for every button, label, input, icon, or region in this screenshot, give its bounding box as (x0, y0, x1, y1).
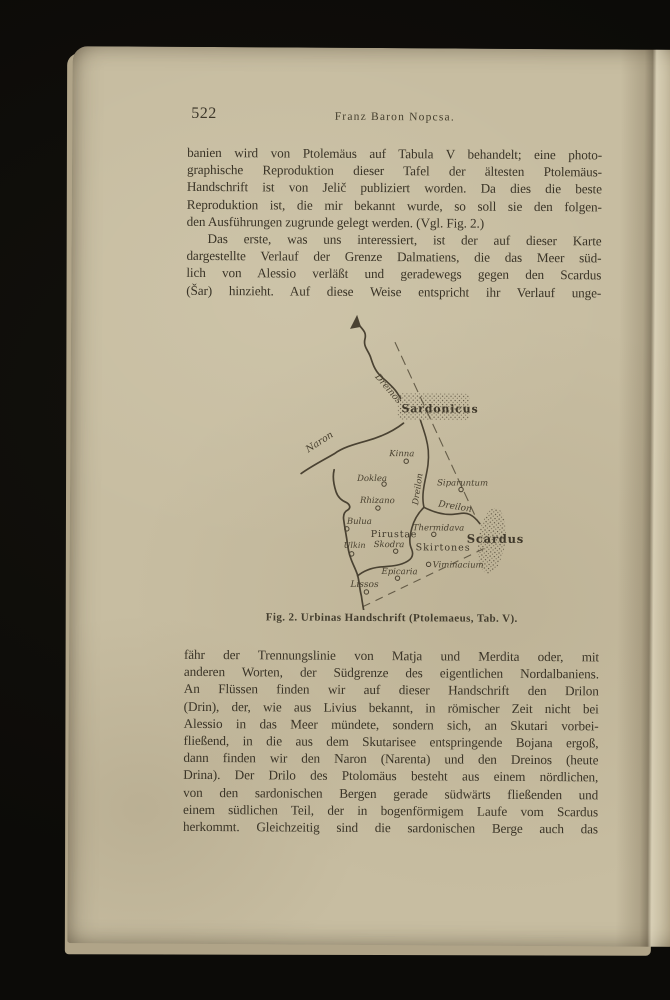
boundary-dashed-line-south (362, 548, 483, 608)
figure-map-ptolemaeus: Dreinos Sardonicus Naron Kinna Doklea Rh… (289, 310, 591, 612)
text-line: An Flüssen finden wir auf dieser Handsch… (184, 680, 599, 700)
label-sardonicus: Sardonicus (401, 402, 478, 415)
river-arrowhead (350, 315, 361, 329)
label-dreilon-horizontal: Dreilon (436, 499, 472, 515)
scanned-book-photo: { "page": { "number": "522", "running_he… (0, 0, 670, 1000)
book-page: 522 Franz Baron Nopcsa. banien wird von … (67, 46, 670, 947)
text-line: (Šar) hinzieht. Auf diese Weise entspric… (186, 281, 601, 301)
text-line: herkommt. Gleichzeitig sind die sardonis… (183, 818, 598, 838)
text-line: lich von Alessio verläßt und geradewegs … (186, 264, 601, 284)
label-scardus: Scardus (467, 532, 524, 546)
label-doklea: Doklea (356, 474, 387, 484)
label-skirtones: Skirtones (416, 542, 471, 553)
town-marker-viminacium (426, 562, 430, 566)
label-rhizano: Rhizano (359, 496, 395, 506)
text-line: von den sardonischen Bergen gerade südwä… (183, 783, 598, 803)
running-head-author: Franz Baron Nopcsa. (187, 110, 602, 125)
label-viminacium: Viminacium (433, 560, 484, 570)
text-line: (Drin), der, wie aus Livius bekannt, in … (184, 697, 599, 717)
town-marker-rhizano (376, 506, 380, 510)
label-epicaria: Epicaria (381, 567, 418, 577)
text-line: Drina). Der Drilo des Ptolomäus besteht … (183, 766, 598, 786)
label-siparuntum: Siparuntum (437, 478, 488, 488)
label-skodra: Skodra (374, 540, 405, 550)
page-right-fold-edge (615, 50, 670, 947)
label-pirustae: Pirustae (371, 529, 418, 540)
label-dreinos: Dreinos (372, 372, 404, 407)
label-kinna: Kinna (388, 449, 414, 459)
body-text-lower: fähr der Trennungslinie von Matja und Me… (183, 646, 599, 838)
text-line: Reproduktion ist, die mir bekannt wurde,… (187, 195, 602, 215)
dreinos-river (357, 322, 401, 398)
label-lissos: Lissos (349, 580, 379, 590)
label-ulkin: Ulkin (344, 541, 366, 550)
label-bulua: Bulua (346, 517, 372, 527)
town-marker-kinna (404, 459, 408, 463)
town-marker-lissos (364, 590, 368, 594)
figure-caption: Fig. 2. Urbinas Handschrift (Ptolemaeus,… (184, 611, 599, 626)
body-text-upper: banien wird von Ptolemäus auf Tabula V b… (186, 144, 602, 301)
boundary-dashed-line-north (394, 342, 478, 520)
label-naron: Naron (303, 429, 335, 455)
text-line: Handschrift ist von Jelič publiziert wor… (187, 178, 602, 198)
label-thermidava: Thermidava (413, 523, 464, 533)
